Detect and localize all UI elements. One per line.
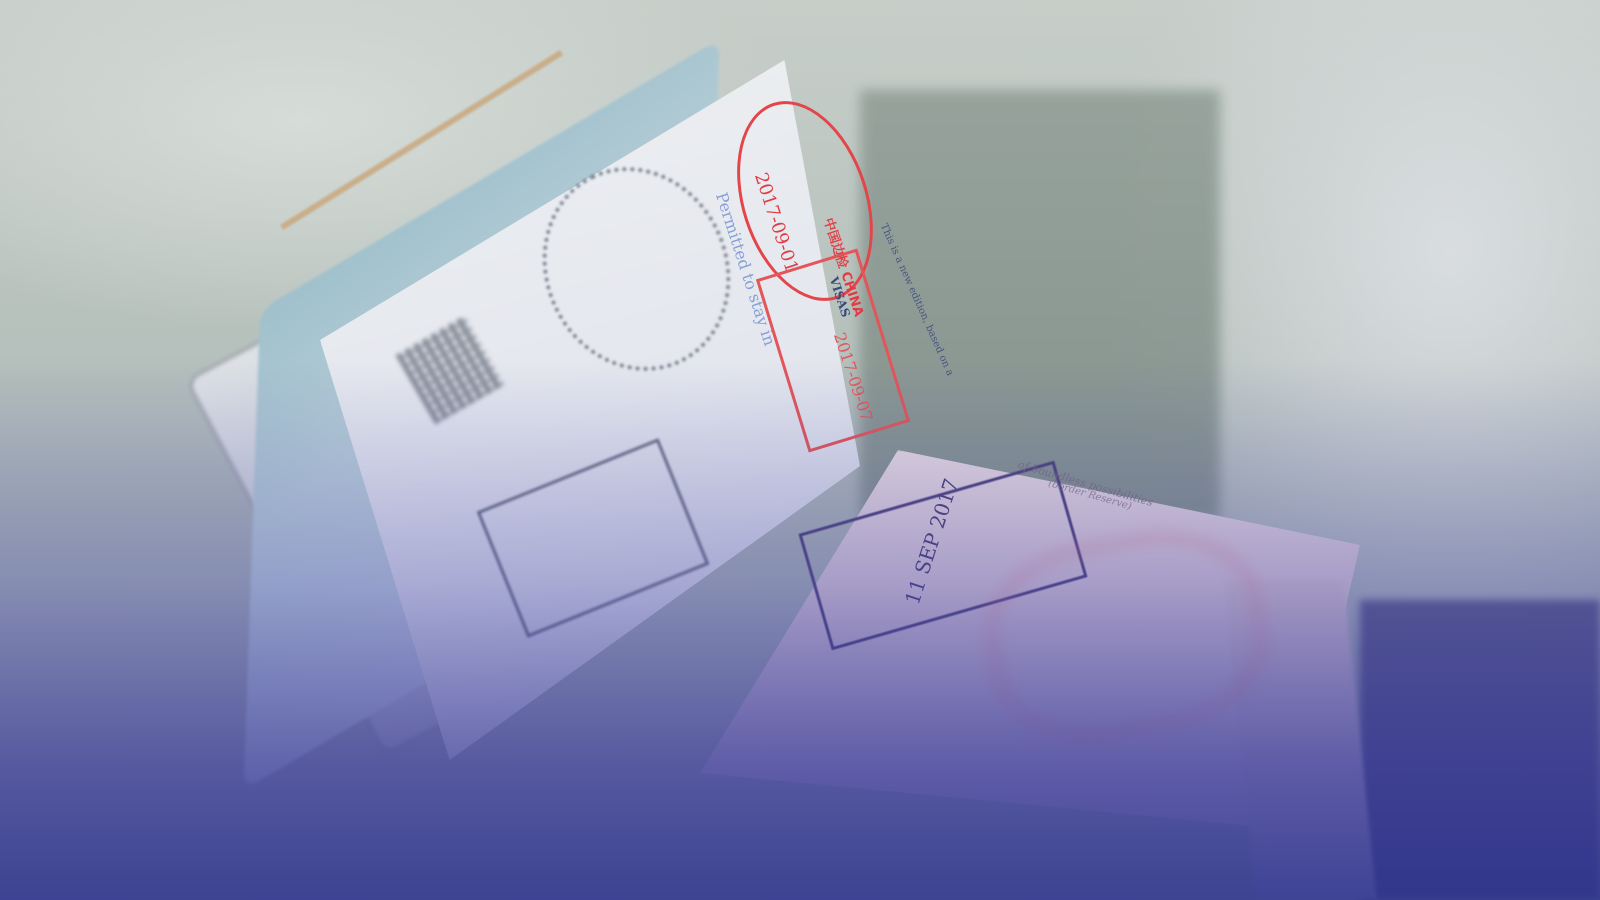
- shadow-floor: [1360, 600, 1600, 900]
- passport-photo: Permitted to stay in 2017-09-01 中国边检 CHI…: [0, 0, 1600, 900]
